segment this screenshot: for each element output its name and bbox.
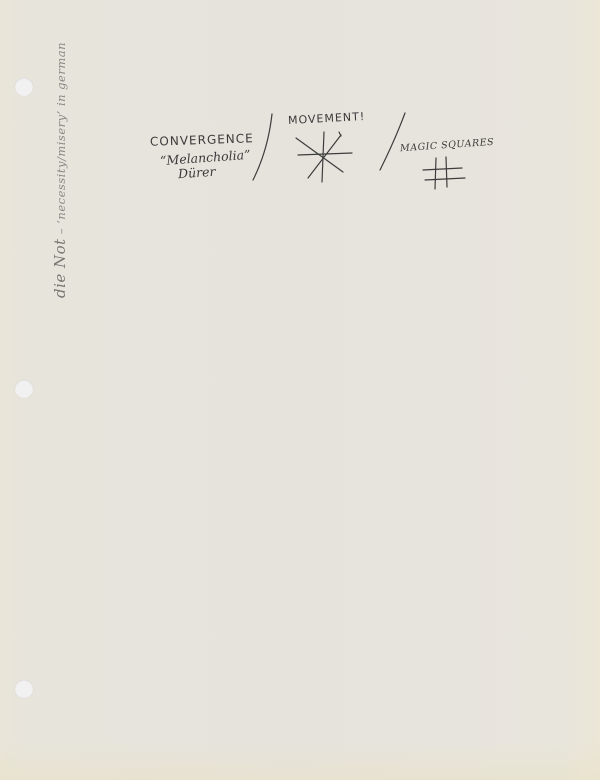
margin-note-term: die Not	[51, 238, 69, 298]
punch-hole-bottom	[15, 680, 33, 698]
punch-hole-middle	[15, 380, 33, 398]
convergence-heading: CONVERGENCE	[150, 131, 254, 149]
margin-note: die Not – ‘necessity/misery’ in german	[51, 42, 69, 298]
asterisk-star-icon	[296, 132, 352, 182]
movement-heading: MOVEMENT!	[288, 110, 366, 127]
durer-attribution: Dürer	[178, 164, 216, 182]
hash-grid-icon	[423, 157, 465, 189]
magic-squares-heading: MAGIC SQUARES	[400, 137, 495, 155]
margin-note-definition: – ‘necessity/misery’ in german	[54, 42, 68, 238]
slash-separator-1	[253, 114, 272, 180]
notebook-page: die Not – ‘necessity/misery’ in german C…	[0, 0, 600, 780]
punch-hole-top	[15, 78, 33, 96]
slash-separator-2	[380, 113, 405, 170]
